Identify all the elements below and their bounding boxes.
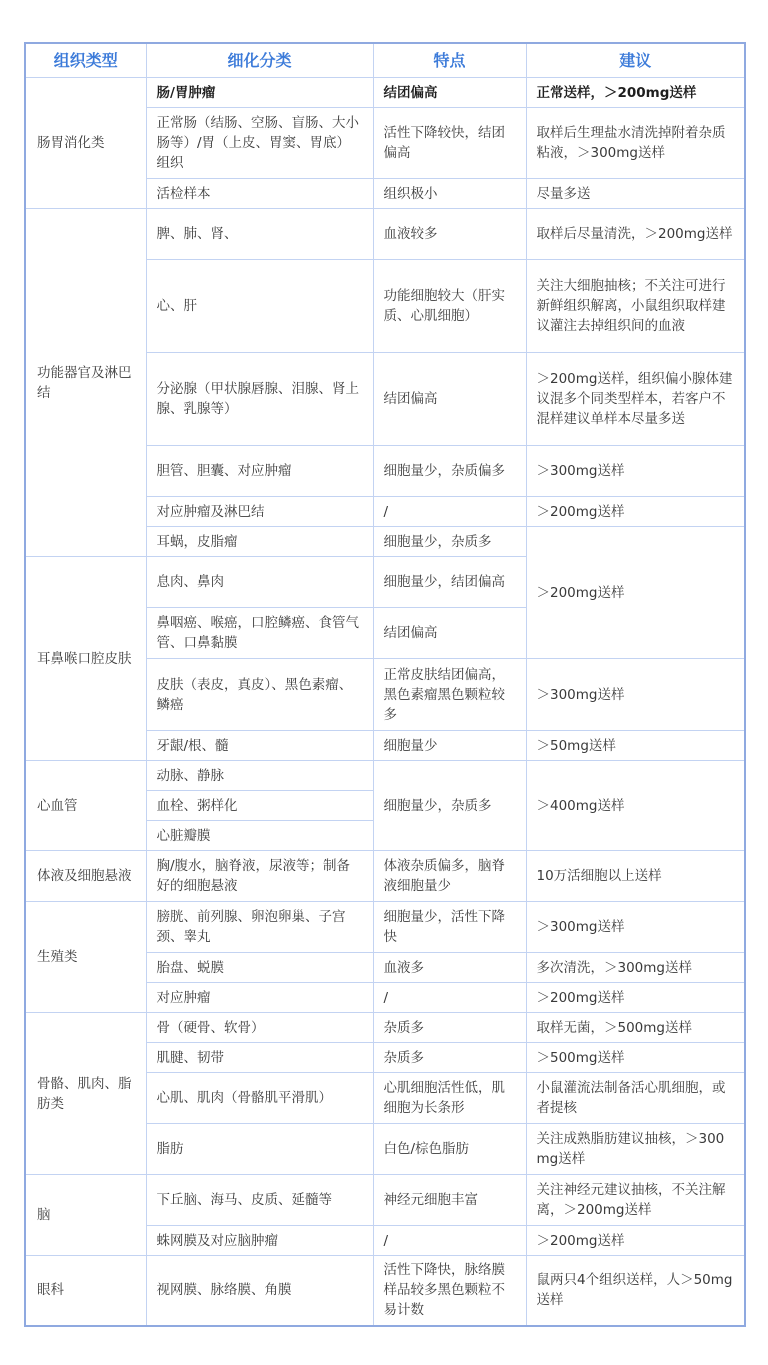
subtype-cell: 鼻咽癌、喉癌，口腔鳞癌、食管气管、口鼻黏膜 [146, 608, 373, 659]
feature-cell: / [373, 497, 526, 527]
category-cell: 脑 [25, 1175, 146, 1256]
feature-cell: 心肌细胞活性低，肌细胞为长条形 [373, 1073, 526, 1124]
feature-cell: 血液较多 [373, 209, 526, 260]
feature-cell: 杂质多 [373, 1013, 526, 1043]
subtype-cell: 对应肿瘤 [146, 983, 373, 1013]
subtype-cell: 肠/胃肿瘤 [146, 78, 373, 108]
subtype-cell: 胆管、胆囊、对应肿瘤 [146, 446, 373, 497]
category-cell: 心血管 [25, 761, 146, 851]
feature-cell: 活性下降较快，结团偏高 [373, 108, 526, 179]
feature-cell: 细胞量少，杂质偏多 [373, 446, 526, 497]
feature-cell: 细胞量少 [373, 731, 526, 761]
table-row: 眼科 视网膜、脉络膜、角膜 活性下降快，脉络膜样品较多黑色颗粒不易计数 鼠两只4… [25, 1256, 745, 1326]
advice-cell: 关注神经元建议抽核，不关注解离，＞200mg送样 [526, 1175, 745, 1226]
feature-cell: / [373, 983, 526, 1013]
feature-cell: 神经元细胞丰富 [373, 1175, 526, 1226]
advice-cell: ＞500mg送样 [526, 1043, 745, 1073]
feature-cell: 体液杂质偏多，脑脊液细胞量少 [373, 851, 526, 902]
subtype-cell: 视网膜、脉络膜、角膜 [146, 1256, 373, 1326]
advice-cell: ＞300mg送样 [526, 902, 745, 953]
advice-cell: ＞300mg送样 [526, 446, 745, 497]
advice-cell: 取样后尽量清洗，＞200mg送样 [526, 209, 745, 260]
advice-cell-merged: ＞400mg送样 [526, 761, 745, 851]
subtype-cell: 动脉、静脉 [146, 761, 373, 791]
advice-cell: 小鼠灌流法制备活心肌细胞，或者提核 [526, 1073, 745, 1124]
subtype-cell: 下丘脑、海马、皮质、延髓等 [146, 1175, 373, 1226]
feature-cell: 细胞量少，杂质多 [373, 527, 526, 557]
subtype-cell: 心、肝 [146, 260, 373, 353]
subtype-cell: 膀胱、前列腺、卵泡卵巢、子宫颈、睾丸 [146, 902, 373, 953]
advice-cell: ＞200mg送样 [526, 497, 745, 527]
advice-cell: 关注大细胞抽核；不关注可进行新鲜组织解离，小鼠组织取样建议灌注去掉组织间的血液 [526, 260, 745, 353]
subtype-cell: 心肌、肌肉（骨骼肌平滑肌） [146, 1073, 373, 1124]
advice-cell: ＞200mg送样 [526, 983, 745, 1013]
advice-cell: 鼠两只4个组织送样，人＞50mg送样 [526, 1256, 745, 1326]
subtype-cell: 胸/腹水，脑脊液，尿液等；制备好的细胞悬液 [146, 851, 373, 902]
table-row: 肠胃消化类 肠/胃肿瘤 结团偏高 正常送样，＞200mg送样 [25, 78, 745, 108]
table-row: 功能器官及淋巴结 脾、肺、肾、 血液较多 取样后尽量清洗，＞200mg送样 [25, 209, 745, 260]
subtype-cell: 脾、肺、肾、 [146, 209, 373, 260]
advice-cell: ＞200mg送样，组织偏小腺体建议混多个同类型样本，若客户不混样建议单样本尽量多… [526, 353, 745, 446]
feature-cell: 正常皮肤结团偏高，黑色素瘤黑色颗粒较多 [373, 659, 526, 731]
feature-cell: 杂质多 [373, 1043, 526, 1073]
table-row: 心血管 动脉、静脉 细胞量少，杂质多 ＞400mg送样 [25, 761, 745, 791]
subtype-cell: 皮肤（表皮，真皮）、黑色素瘤、鳞癌 [146, 659, 373, 731]
advice-cell: 关注成熟脂肪建议抽核，＞300mg送样 [526, 1124, 745, 1175]
feature-cell: / [373, 1226, 526, 1256]
advice-cell: 10万活细胞以上送样 [526, 851, 745, 902]
feature-cell: 白色/棕色脂肪 [373, 1124, 526, 1175]
subtype-cell: 心脏瓣膜 [146, 821, 373, 851]
category-cell: 肠胃消化类 [25, 78, 146, 209]
feature-cell: 组织极小 [373, 179, 526, 209]
subtype-cell: 正常肠（结肠、空肠、盲肠、大小肠等）/胃（上皮、胃窦、胃底）组织 [146, 108, 373, 179]
advice-cell: ＞50mg送样 [526, 731, 745, 761]
feature-cell: 细胞量少，活性下降快 [373, 902, 526, 953]
feature-cell: 结团偏高 [373, 78, 526, 108]
header-advice: 建议 [526, 43, 745, 78]
feature-cell-merged: 细胞量少，杂质多 [373, 761, 526, 851]
advice-cell: 取样无菌，＞500mg送样 [526, 1013, 745, 1043]
subtype-cell: 对应肿瘤及淋巴结 [146, 497, 373, 527]
category-cell: 骨骼、肌肉、脂肪类 [25, 1013, 146, 1175]
advice-cell: 多次清洗，＞300mg送样 [526, 953, 745, 983]
tissue-sample-table: 组织类型 细化分类 特点 建议 肠胃消化类 肠/胃肿瘤 结团偏高 正常送样，＞2… [24, 42, 746, 1327]
header-row: 组织类型 细化分类 特点 建议 [25, 43, 745, 78]
feature-cell: 血液多 [373, 953, 526, 983]
header-tissue-type: 组织类型 [25, 43, 146, 78]
feature-cell: 功能细胞较大（肝实质、心肌细胞） [373, 260, 526, 353]
subtype-cell: 活检样本 [146, 179, 373, 209]
advice-cell: 尽量多送 [526, 179, 745, 209]
category-cell: 功能器官及淋巴结 [25, 209, 146, 557]
subtype-cell: 血栓、粥样化 [146, 791, 373, 821]
category-cell: 体液及细胞悬液 [25, 851, 146, 902]
subtype-cell: 息肉、鼻肉 [146, 557, 373, 608]
subtype-cell: 牙龈/根、髓 [146, 731, 373, 761]
feature-cell: 结团偏高 [373, 353, 526, 446]
subtype-cell: 分泌腺（甲状腺唇腺、泪腺、肾上腺、乳腺等） [146, 353, 373, 446]
subtype-cell: 肌腱、韧带 [146, 1043, 373, 1073]
advice-cell: ＞200mg送样 [526, 1226, 745, 1256]
subtype-cell: 脂肪 [146, 1124, 373, 1175]
table-row: 脑 下丘脑、海马、皮质、延髓等 神经元细胞丰富 关注神经元建议抽核，不关注解离，… [25, 1175, 745, 1226]
table-row: 生殖类 膀胱、前列腺、卵泡卵巢、子宫颈、睾丸 细胞量少，活性下降快 ＞300mg… [25, 902, 745, 953]
header-features: 特点 [373, 43, 526, 78]
advice-cell-merged: ＞200mg送样 [526, 527, 745, 659]
subtype-cell: 蛛网膜及对应脑肿瘤 [146, 1226, 373, 1256]
subtype-cell: 耳蜗，皮脂瘤 [146, 527, 373, 557]
advice-cell: ＞300mg送样 [526, 659, 745, 731]
feature-cell: 结团偏高 [373, 608, 526, 659]
table-row: 骨骼、肌肉、脂肪类 骨（硬骨、软骨） 杂质多 取样无菌，＞500mg送样 [25, 1013, 745, 1043]
category-cell: 耳鼻喉口腔皮肤 [25, 557, 146, 761]
subtype-cell: 骨（硬骨、软骨） [146, 1013, 373, 1043]
feature-cell: 活性下降快，脉络膜样品较多黑色颗粒不易计数 [373, 1256, 526, 1326]
advice-cell: 正常送样，＞200mg送样 [526, 78, 745, 108]
subtype-cell: 胎盘、蜕膜 [146, 953, 373, 983]
table-row: 体液及细胞悬液 胸/腹水，脑脊液，尿液等；制备好的细胞悬液 体液杂质偏多，脑脊液… [25, 851, 745, 902]
header-subtype: 细化分类 [146, 43, 373, 78]
category-cell: 眼科 [25, 1256, 146, 1326]
feature-cell: 细胞量少，结团偏高 [373, 557, 526, 608]
category-cell: 生殖类 [25, 902, 146, 1013]
advice-cell: 取样后生理盐水清洗掉附着杂质粘液，＞300mg送样 [526, 108, 745, 179]
